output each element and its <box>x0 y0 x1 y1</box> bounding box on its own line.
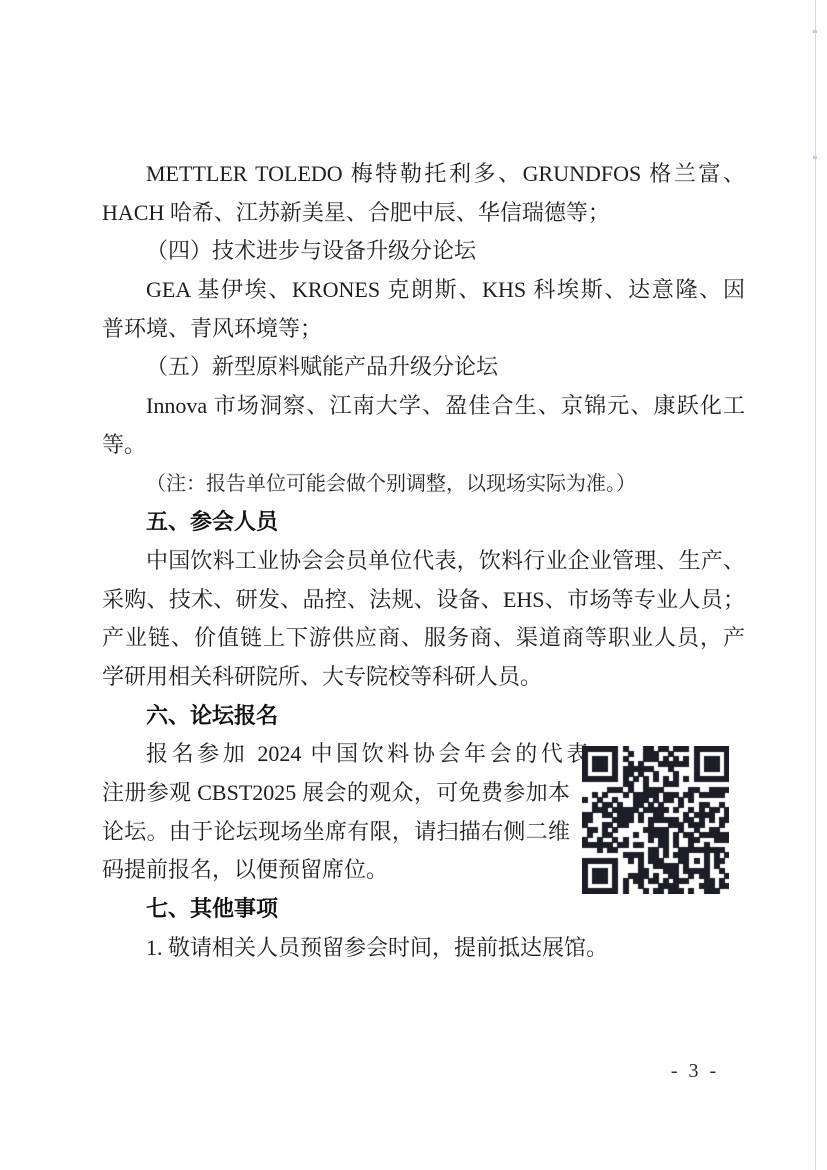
subsection-5-title: （五）新型原料赋能产品升级分论坛 <box>102 348 745 387</box>
attendees-line-4: 学研用相关科研院所、大专院校等科研人员。 <box>102 658 745 697</box>
attendees-line-3: 产业链、价值链上下游供应商、服务商、渠道商等职业人员，产 <box>102 619 745 658</box>
exhibitors-equipment-line-1: GEA 基伊埃、KRONES 克朗斯、KHS 科埃斯、达意隆、因 <box>102 271 745 310</box>
attendees-line-1: 中国饮料工业协会会员单位代表，饮料行业企业管理、生产、 <box>102 542 745 581</box>
scanned-document-page: METTLER TOLEDO 梅特勒托利多、GRUNDFOS 格兰富、 HACH… <box>0 0 827 1170</box>
registration-line-4: 码提前报名，以便预留席位。 <box>102 851 570 890</box>
section-5-heading-attendees: 五、参会人员 <box>102 503 745 542</box>
scan-artifact <box>813 156 817 159</box>
exhibitors-ingredients-line-2: 等。 <box>102 426 745 465</box>
attendees-line-2: 采购、技术、研发、品控、法规、设备、EHS、市场等专业人员； <box>102 581 745 620</box>
registration-line-3: 论坛。由于论坛现场坐席有限，请扫描右侧二维 <box>102 813 570 852</box>
scan-edge-line <box>815 0 816 1170</box>
exhibitors-ingredients-line-1: Innova 市场洞察、江南大学、盈佳合生、京锦元、康跃化工 <box>102 387 745 426</box>
page-number: - 3 - <box>645 1060 745 1083</box>
other-items-line-1: 1. 敬请相关人员预留参会时间，提前抵达展馆。 <box>102 929 745 968</box>
exhibitors-equipment-line-2: 普环境、青风环境等； <box>102 310 745 349</box>
section-6-heading-registration: 六、论坛报名 <box>102 697 745 736</box>
exhibitors-quality-line-1: METTLER TOLEDO 梅特勒托利多、GRUNDFOS 格兰富、 <box>102 155 745 194</box>
disclaimer-note: （注：报告单位可能会做个别调整，以现场实际为准。） <box>102 465 745 504</box>
registration-line-2: 注册参观 CBST2025 展会的观众，可免费参加本 <box>102 774 570 813</box>
registration-line-1: 报名参加 2024 中国饮料协会年会的代表、 <box>102 735 614 774</box>
registration-qr-code <box>582 746 729 894</box>
exhibitors-quality-line-2: HACH 哈希、江苏新美星、合肥中辰、华信瑞德等； <box>102 194 745 233</box>
scan-artifact <box>813 30 817 33</box>
section-7-heading-other: 七、其他事项 <box>102 890 745 929</box>
subsection-4-title: （四）技术进步与设备升级分论坛 <box>102 232 745 271</box>
